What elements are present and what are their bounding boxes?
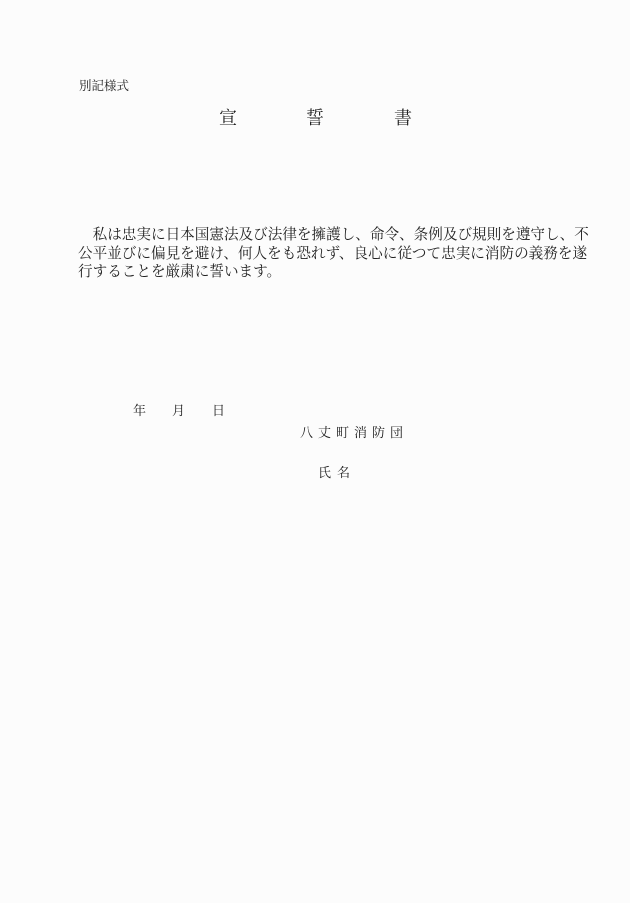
date-day-label: 日 xyxy=(212,405,225,418)
date-month-label: 月 xyxy=(172,405,185,418)
title-char-2: 誓 xyxy=(306,110,324,128)
oath-line-2: 公平並びに偏見を避け、何人をも恐れず、良心に従つて忠実に消防の義務を遂 xyxy=(78,245,554,264)
oath-line-1: 私は忠実に日本国憲法及び法律を擁護し、命令、条例及び規則を遵守し、不 xyxy=(78,226,554,245)
title-char-3: 書 xyxy=(394,110,412,128)
title-char-1: 宣 xyxy=(219,110,237,128)
date-year-label: 年 xyxy=(133,405,146,418)
oath-line-3: 行することを厳粛に誓います。 xyxy=(78,263,554,282)
organization-name: 八丈町消防団 xyxy=(300,427,408,440)
signature-name-label: 氏名 xyxy=(318,467,356,480)
oath-paragraph: 私は忠実に日本国憲法及び法律を擁護し、命令、条例及び規則を遵守し、不 公平並びに… xyxy=(78,226,554,282)
form-label: 別記様式 xyxy=(79,80,129,93)
